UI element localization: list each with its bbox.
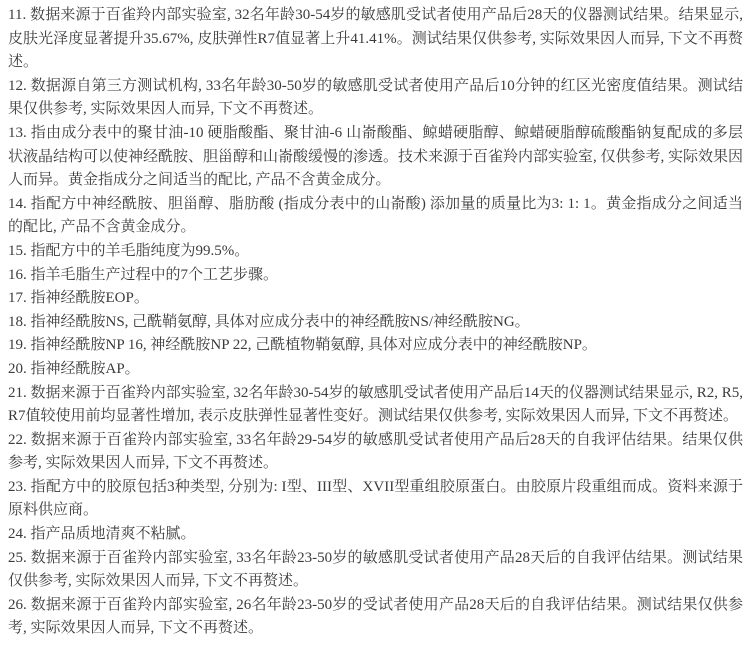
footnote-item-22: 22. 数据来源于百雀羚内部实验室, 33名年龄29-54岁的敏感肌受试者使用产… (8, 429, 743, 476)
footnote-item-26: 26. 数据来源于百雀羚内部实验室, 26名年龄23-50岁的受试者使用产品28… (8, 594, 743, 641)
footnote-item-17: 17. 指神经酰胺EOP。 (8, 287, 743, 311)
footnote-item-24: 24. 指产品质地清爽不粘腻。 (8, 523, 743, 547)
footnote-item-21: 21. 数据来源于百雀羚内部实验室, 32名年龄30-54岁的敏感肌受试者使用产… (8, 382, 743, 429)
footnotes-page: 11. 数据来源于百雀羚内部实验室, 32名年龄30-54岁的敏感肌受试者使用产… (0, 0, 750, 670)
footnote-item-11: 11. 数据来源于百雀羚内部实验室, 32名年龄30-54岁的敏感肌受试者使用产… (8, 4, 743, 75)
footnote-item-25: 25. 数据来源于百雀羚内部实验室, 33名年龄23-50岁的敏感肌受试者使用产… (8, 547, 743, 594)
footnote-item-19: 19. 指神经酰胺NP 16, 神经酰胺NP 22, 己酰植物鞘氨醇, 具体对应… (8, 334, 743, 358)
document-body: { "page": { "background_color": "#ffffff… (0, 0, 750, 670)
footnote-item-20: 20. 指神经酰胺AP。 (8, 358, 743, 382)
footnote-item-23: 23. 指配方中的胶原包括3种类型, 分别为: I型、III型、XVII型重组胶… (8, 476, 743, 523)
footnote-item-15: 15. 指配方中的羊毛脂纯度为99.5%。 (8, 240, 743, 264)
footnote-item-14: 14. 指配方中神经酰胺、胆甾醇、脂肪酸 (指成分表中的山嵛酸) 添加量的质量比… (8, 193, 743, 240)
footnote-item-12: 12. 数据源自第三方测试机构, 33名年龄30-50岁的敏感肌受试者使用产品后… (8, 75, 743, 122)
footnote-item-13: 13. 指由成分表中的聚甘油-10 硬脂酸酯、聚甘油-6 山嵛酸酯、鲸蜡硬脂醇、… (8, 122, 743, 193)
footnote-item-16: 16. 指羊毛脂生产过程中的7个工艺步骤。 (8, 264, 743, 288)
footnote-item-18: 18. 指神经酰胺NS, 己酰鞘氨醇, 具体对应成分表中的神经酰胺NS/神经酰胺… (8, 311, 743, 335)
